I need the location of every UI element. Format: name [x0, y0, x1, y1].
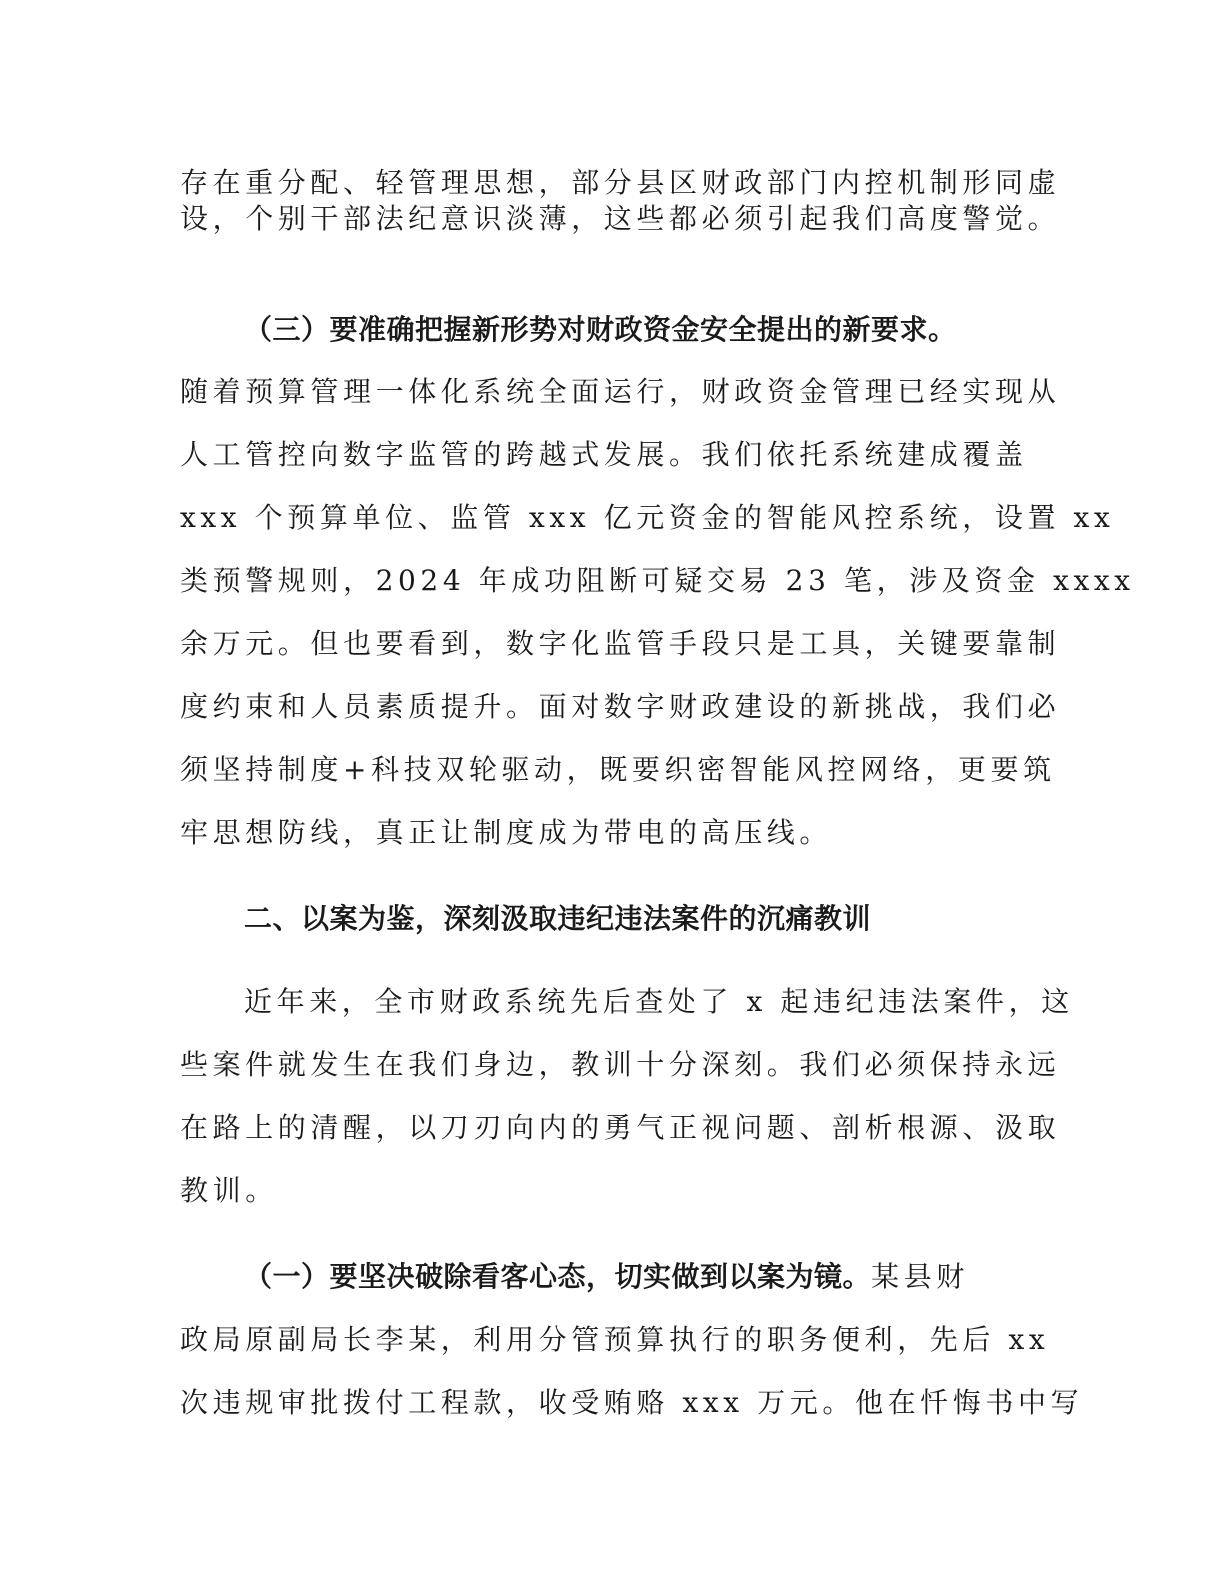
section-heading-three: （三）要准确把握新形势对财政资金安全提出的新要求。: [244, 310, 1036, 350]
text-line: 在路上的清醒，以刀刃向内的勇气正视问题、剖析根源、汲取: [180, 1108, 1036, 1148]
text-line: 须坚持制度+科技双轮驱动，既要织密智能风控网络，更要筑: [180, 750, 1036, 790]
text-line: 次违规审批拨付工程款，收受贿赂 xxx 万元。他在忏悔书中写: [180, 1383, 1036, 1423]
text-line: 政局原副局长李某，利用分管预算执行的职务便利，先后 xx: [180, 1320, 1036, 1360]
text-line: 类预警规则，2024 年成功阻断可疑交易 23 笔，涉及资金 xxxx: [180, 561, 1036, 601]
text-line: 近年来，全市财政系统先后查处了 x 起违纪违法案件，这: [244, 982, 1036, 1022]
text-line: 牢思想防线，真正让制度成为带电的高压线。: [180, 813, 1036, 853]
text-line: 设，个别干部法纪意识淡薄，这些都必须引起我们高度警觉。: [180, 199, 1036, 239]
section-heading-two: 二、以案为鉴，深刻汲取违纪违法案件的沉痛教训: [244, 899, 1036, 939]
text-line: xxx 个预算单位、监管 xxx 亿元资金的智能风控系统，设置 xx: [180, 498, 1036, 538]
text-line: 存在重分配、轻管理思想，部分县区财政部门内控机制形同虚: [180, 163, 1036, 203]
text-line: 余万元。但也要看到，数字化监管手段只是工具，关键要靠制: [180, 624, 1036, 664]
text-line: 度约束和人员素质提升。面对数字财政建设的新挑战，我们必: [180, 687, 1036, 727]
text-line: 随着预算管理一体化系统全面运行，财政资金管理已经实现从: [180, 372, 1036, 412]
subsection-line: （一）要坚决破除看客心态，切实做到以案为镜。某县财: [244, 1257, 1036, 1297]
text-run: 某县财: [871, 1260, 969, 1293]
subsection-heading-one: （一）要坚决破除看客心态，切实做到以案为镜。: [244, 1260, 871, 1293]
text-line: 人工管控向数字监管的跨越式发展。我们依托系统建成覆盖: [180, 435, 1036, 475]
document-page: 存在重分配、轻管理思想，部分县区财政部门内控机制形同虚 设，个别干部法纪意识淡薄…: [0, 0, 1224, 1584]
text-line: 教训。: [180, 1171, 1036, 1211]
text-line: 些案件就发生在我们身边，教训十分深刻。我们必须保持永远: [180, 1045, 1036, 1085]
